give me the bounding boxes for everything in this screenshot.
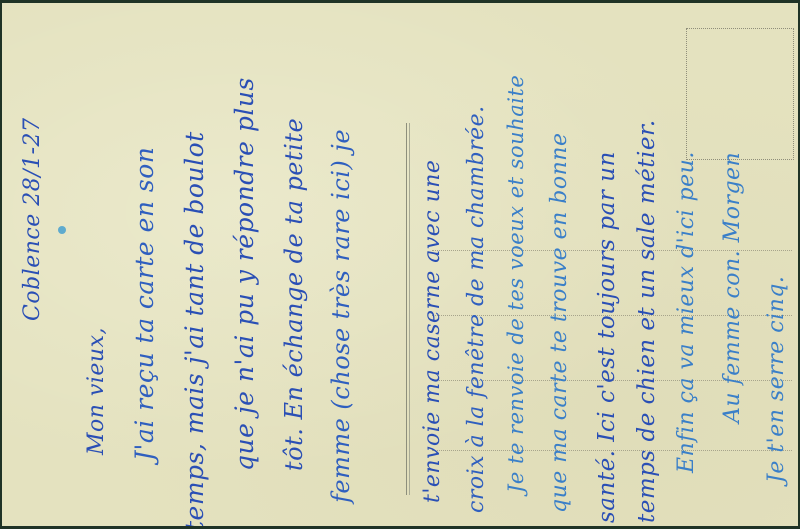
postcard: Coblence 28/1-27 Mon vieux, J'ai reçu ta… — [2, 3, 798, 526]
letter-line: femme (chose très rare ici) je — [327, 129, 355, 503]
greeting: Mon vieux, — [84, 327, 109, 455]
letter-line: Enfin ça va mieux d'ici peu. — [674, 151, 699, 473]
letter-line: que je n'ai pu y répondre plus — [230, 77, 259, 471]
stamp-placeholder-box — [686, 28, 794, 160]
address-divider-line — [406, 123, 407, 495]
letter-line: santé. Ici c'est toujours par un — [594, 151, 620, 523]
letter-line: croix à la fenêtre de ma chambrée. — [464, 105, 489, 513]
letter-line: tôt. En échange de ta petite — [280, 118, 308, 471]
letter-line: Je te renvoie de tes voeux et souhaite — [504, 75, 528, 493]
letter-line: Je t'en serre cinq. — [764, 276, 789, 483]
place-date: Coblence 28/1-27 — [20, 117, 45, 321]
letter-line: temps de chien et un sale métier. — [634, 119, 660, 523]
letter-line: t'envoie ma caserne avec une — [420, 160, 445, 503]
letter-line: Au femme con. Morgen — [720, 152, 745, 423]
address-divider-line-inner — [409, 123, 410, 495]
ink-blot — [58, 226, 66, 234]
letter-line: temps, mais j'ai tant de boulot — [180, 131, 209, 526]
letter-line: que ma carte te trouve en bonne — [547, 133, 572, 513]
letter-line: J'ai reçu ta carte en son — [130, 147, 159, 461]
